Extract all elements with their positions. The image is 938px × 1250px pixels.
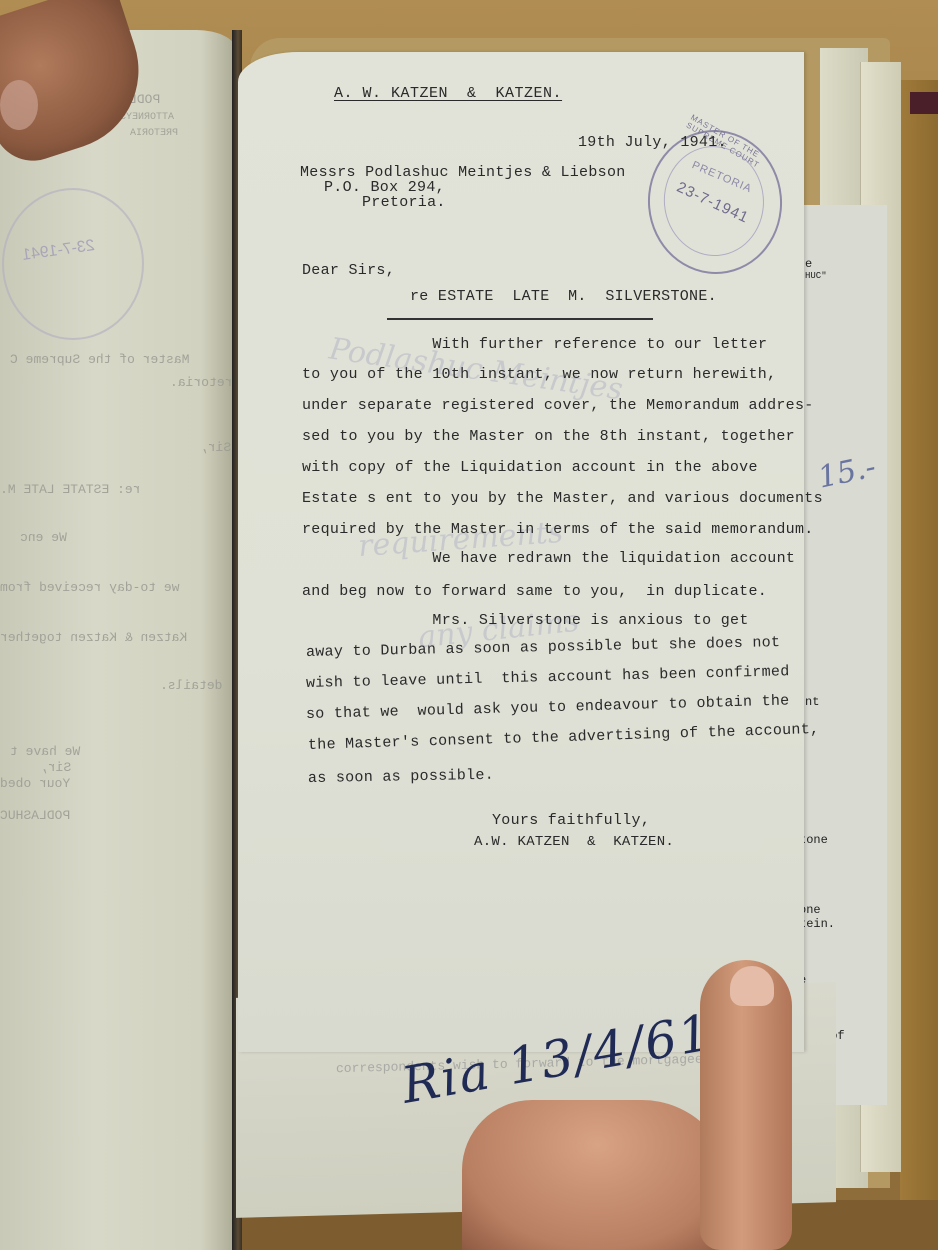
body-line: so that we would ask you to endeavour to…	[306, 692, 790, 722]
edge-fragment: HUC"	[805, 271, 827, 281]
body-line: and beg now to forward same to you, in d…	[302, 583, 767, 600]
thumbnail-nail	[0, 80, 38, 130]
letterhead: A. W. KATZEN & KATZEN.	[334, 85, 562, 102]
subject-line: re ESTATE LATE M. SILVERSTONE.	[410, 288, 717, 305]
bleed-text: details.	[160, 678, 222, 693]
bleed-text: Sir,	[200, 440, 231, 455]
edge-fragment: nt	[805, 695, 819, 709]
body-line: to you of the 10th instant, we now retur…	[302, 366, 776, 383]
body-line: under separate registered cover, the Mem…	[302, 397, 814, 414]
bleed-text: PODLASHUC	[0, 808, 70, 823]
recipient-line: Pretoria.	[362, 194, 446, 211]
body-line: Estate s ent to you by the Master, and v…	[302, 490, 823, 507]
bleed-text: Your obed	[0, 776, 70, 791]
edge-fragment: tein.	[799, 917, 835, 931]
body-line: sed to you by the Master on the 8th inst…	[302, 428, 795, 445]
letter-date: 19th July, 1941.	[578, 134, 727, 151]
index-fingernail	[730, 966, 774, 1006]
folder-edge	[900, 80, 938, 1210]
signature-block: A.W. KATZEN & KATZEN.	[474, 834, 674, 850]
hand-knuckles	[462, 1100, 732, 1250]
edge-fragment: e	[805, 257, 812, 271]
subject-rule	[387, 318, 653, 320]
bleed-text: we to-day received from	[0, 580, 179, 595]
folder-tab	[910, 92, 938, 114]
bleed-text: re: ESTATE LATE M.	[0, 482, 140, 497]
body-line: away to Durban as soon as possible but s…	[306, 634, 781, 661]
body-line: We have redrawn the liquidation account	[358, 550, 795, 567]
body-line: Mrs. Silverstone is anxious to get	[358, 612, 749, 629]
body-line: wish to leave until this account has bee…	[306, 663, 790, 692]
bleed-text: Sir,	[40, 760, 71, 775]
bleed-text: Master of the Supreme C	[10, 352, 189, 367]
bleed-text: Katzen & Katzen together	[0, 630, 187, 645]
left-page: PODLASHUC ATTORNEYS PRETORIA 23-7-1941 M…	[0, 30, 236, 1250]
bleed-text: We have t	[10, 744, 80, 759]
body-line: as soon as possible.	[308, 767, 494, 787]
body-line: with copy of the Liquidation account in …	[302, 459, 758, 476]
letter-page: Podlashuc Meintjes requirements any clai…	[238, 52, 804, 1052]
bleed-text: PRETORIA	[130, 128, 178, 139]
closing: Yours faithfully,	[492, 812, 650, 829]
body-line: With further reference to our letter	[358, 336, 767, 353]
bleed-text: We enc	[20, 530, 67, 545]
body-line: the Master's consent to the advertising …	[308, 721, 820, 754]
salutation: Dear Sirs,	[302, 262, 395, 279]
underlying-sheet: e HUC" nt tone one tein. e s our rtain o…	[790, 205, 887, 1105]
body-line: required by the Master in terms of the s…	[302, 521, 814, 538]
bleed-text: ATTORNEYS	[120, 112, 174, 123]
bleed-text: Pretoria.	[170, 375, 236, 390]
